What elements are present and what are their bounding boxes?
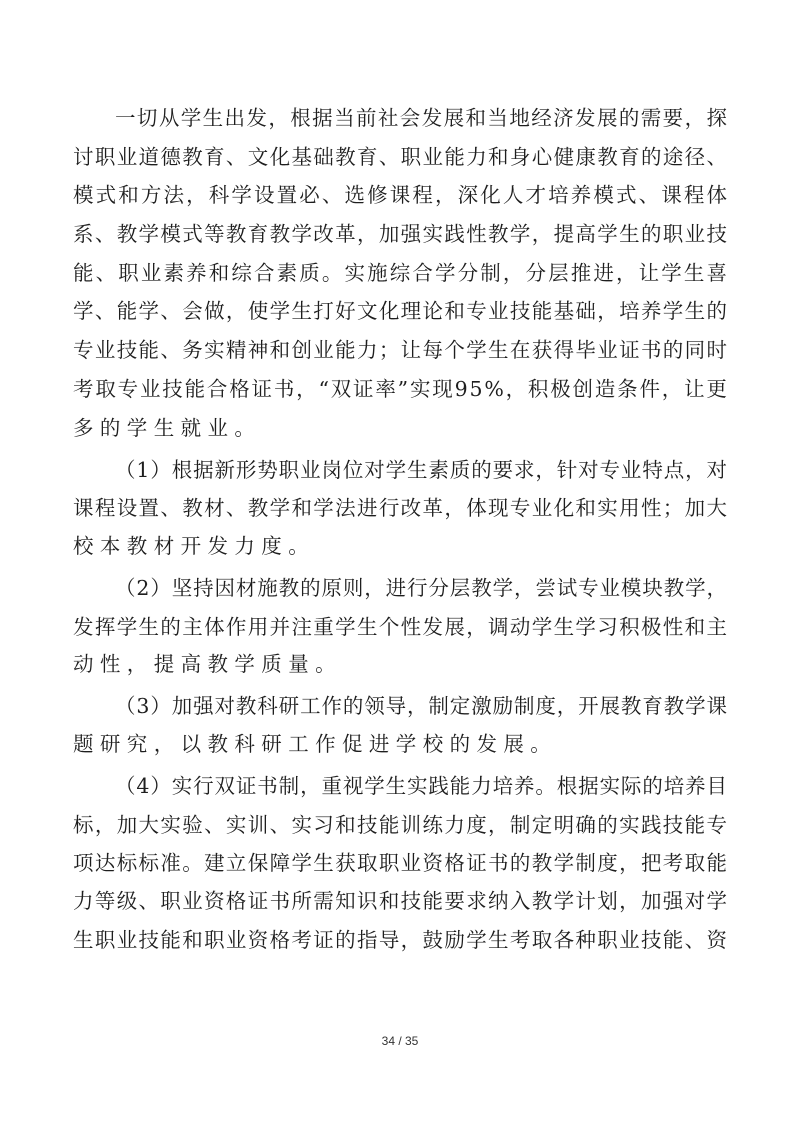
text-line: 生职业技能和职业资格考证的指导，鼓励学生考取各种职业技能、资 (73, 925, 727, 955)
text-line: 动性，提高教学质量。 (73, 649, 727, 679)
text-line: 标，加大实验、实训、实习和技能训练力度，制定明确的实践技能专 (73, 810, 727, 840)
text-line: 课程设置、教材、教学和学法进行改革，体现专业化和实用性；加大 (73, 493, 727, 523)
text-line: （1）根据新形势职业岗位对学生素质的要求，针对专业特点，对 (115, 455, 727, 485)
document-page: 一切从学生出发，根据当前社会发展和当地经济发展的需要，探 讨职业道德教育、文化基… (0, 0, 800, 1131)
text-line: 校本教材开发力度。 (73, 531, 727, 561)
text-line: （3）加强对教科研工作的领导，制定激励制度，开展教育教学课 (115, 691, 727, 721)
text-line: （4）实行双证书制，重视学生实践能力培养。根据实际的培养目 (115, 771, 727, 801)
text-line: 模式和方法，科学设置必、选修课程，深化人才培养模式、课程体 (73, 180, 727, 210)
text-line: 多的学生就业。 (73, 413, 727, 443)
text-line: 考取专业技能合格证书，“双证率”实现95%，积极创造条件，让更 (73, 374, 727, 404)
text-line: 专业技能、务实精神和创业能力；让每个学生在获得毕业证书的同时 (73, 335, 727, 365)
text-line: （2）坚持因材施教的原则，进行分层教学，尝试专业模块教学， (115, 573, 727, 603)
text-line: 讨职业道德教育、文化基础教育、职业能力和身心健康教育的途径、 (73, 142, 727, 172)
text-line: 项达标标准。建立保障学生获取职业资格证书的教学制度，把考取能 (73, 848, 727, 878)
text-line: 力等级、职业资格证书所需知识和技能要求纳入教学计划，加强对学 (73, 886, 727, 916)
text-line: 能、职业素养和综合素质。实施综合学分制，分层推进，让学生喜 (73, 258, 727, 288)
text-line: 题研究，以教科研工作促进学校的发展。 (73, 729, 727, 759)
text-line: 一切从学生出发，根据当前社会发展和当地经济发展的需要，探 (115, 103, 727, 133)
text-line: 学、能学、会做，使学生打好文化理论和专业技能基础，培养学生的 (73, 296, 727, 326)
page-number: 34 / 35 (0, 1034, 800, 1048)
text-line: 系、教学模式等教育教学改革，加强实践性教学，提高学生的职业技 (73, 219, 727, 249)
text-line: 发挥学生的主体作用并注重学生个性发展，调动学生学习积极性和主 (73, 612, 727, 642)
